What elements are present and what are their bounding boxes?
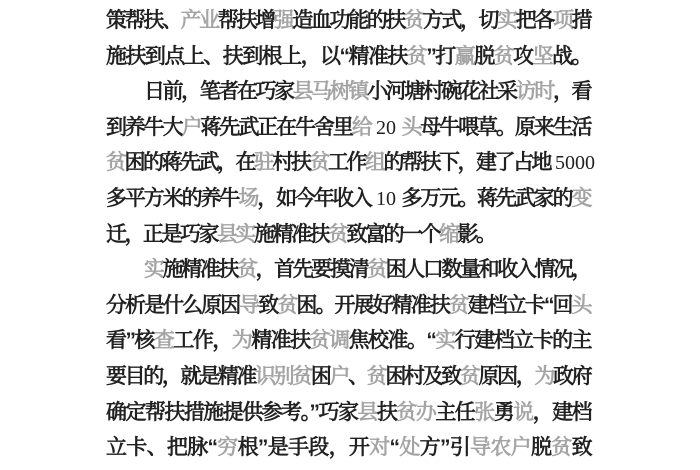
text-segment: 贫 <box>277 294 296 317</box>
text-segment: 场 <box>238 187 257 210</box>
text-segment: 工作 <box>328 151 365 174</box>
text-segment: 建档立卡“回 <box>468 294 572 317</box>
text-segment: 措 <box>572 9 591 32</box>
text-segment: 处 <box>398 436 420 459</box>
text-segment: 县马树镇 <box>293 80 367 103</box>
text-line: 迁，正是巧家县实施精准扶贫致富的一个缩影。 <box>106 217 590 253</box>
text-segment: 贫 <box>551 436 571 459</box>
text-segment: ，看 <box>553 80 590 103</box>
text-segment: 县实 <box>217 223 254 246</box>
text-line: 到养牛大户蒋先武正在牛舍里给 20 头母牛喂草。原来生活 <box>106 110 590 146</box>
text-segment: 原因， <box>478 365 534 388</box>
number-text: 20 <box>371 117 402 139</box>
text-segment: 坚 <box>533 45 552 68</box>
text-segment: 方式，切 <box>423 9 497 32</box>
text-segment: 实 <box>144 258 163 281</box>
text-segment: ，首先要摸清 <box>256 258 368 281</box>
text-segment: 小河塘村碗花社采 <box>367 80 516 103</box>
text-segment: 精准扶 <box>251 329 309 352</box>
text-segment: 组 <box>365 151 384 174</box>
text-segment: 方”引 <box>420 436 470 459</box>
text-segment: 户 <box>182 116 201 139</box>
number-text: 10 <box>371 188 402 210</box>
text-segment: 导农户 <box>470 436 531 459</box>
text-segment: 赢 <box>455 45 474 68</box>
text-segment: 变 <box>572 187 591 210</box>
text-segment: 迁，正是巧家 <box>106 223 217 246</box>
text-segment: 张 <box>474 401 493 424</box>
text-segment: 贫 <box>237 258 256 281</box>
text-segment: 贫 <box>494 45 513 68</box>
text-segment: 穷 <box>216 436 238 459</box>
text-line: 立卡、把脉“穷根”是手段，开对“处方”引导农户脱贫致 <box>106 430 590 466</box>
text-segment: 贫 <box>367 365 386 388</box>
text-segment: 的帮扶下，建了占地 <box>384 151 551 174</box>
document-page: 策帮扶、产业帮扶增强造血功能的扶贫方式，切实把各项措施扶到点上、扶到根上，以“精… <box>0 0 700 470</box>
text-segment: 致 <box>258 294 277 317</box>
text-segment: 困村及致 <box>385 365 459 388</box>
text-segment: 蒋先武正在牛舍里 <box>201 116 352 139</box>
text-segment: 脱 <box>474 45 493 68</box>
text-segment: 行建档立卡的主 <box>455 329 590 352</box>
text-segment: 立卡、把脉“ <box>106 436 216 459</box>
text-line: 分析是什么原因导致贫困。开展好精准扶贫建档立卡“回头 <box>106 288 590 324</box>
text-line: 贫困的蒋先武，在驻村扶贫工作组的帮扶下，建了占地 5000 <box>106 145 590 181</box>
text-segment: ”打 <box>426 45 454 68</box>
text-segment: 贫 <box>404 9 423 32</box>
text-segment: 贫办 <box>396 401 435 424</box>
text-segment: 贫 <box>106 151 125 174</box>
text-segment: 为 <box>232 329 251 352</box>
text-segment: 战。 <box>552 45 590 68</box>
text-segment: 贫 <box>460 365 479 388</box>
text-line: 策帮扶、产业帮扶增强造血功能的扶贫方式，切实把各项措 <box>106 3 590 39</box>
text-segment: 到养牛大 <box>106 116 182 139</box>
text-line: 确定帮扶措施提供参考。”巧家县扶贫办主任张勇说，建档 <box>106 395 590 431</box>
text-segment: 困 <box>311 365 330 388</box>
text-segment: 主任 <box>435 401 474 424</box>
text-segment: 实 <box>434 329 454 352</box>
text-segment: 头 <box>401 116 420 139</box>
text-line: 多平方米的养牛场，如今年收入 10 多万元。蒋先武家的变 <box>106 181 590 217</box>
text-line: 施扶到点上、扶到根上，以“精准扶贫”打赢脱贫攻坚战。 <box>106 39 590 75</box>
text-segment: ，建档 <box>533 401 590 424</box>
text-segment: 贫 <box>407 45 426 68</box>
text-segment: 攻 <box>513 45 532 68</box>
text-segment: 户 <box>329 365 348 388</box>
text-segment: 强 <box>274 9 293 32</box>
text-segment: 确定帮扶措施提供参考。”巧家 <box>106 401 357 424</box>
text-block: 策帮扶、产业帮扶增强造血功能的扶贫方式，切实把各项措施扶到点上、扶到根上，以“精… <box>106 3 590 466</box>
text-segment: 施精准扶 <box>163 258 237 281</box>
text-segment: 贫 <box>328 223 347 246</box>
text-segment: 给 <box>352 116 371 139</box>
text-segment: “ <box>390 436 398 459</box>
text-segment: 致富的一个 <box>347 223 440 246</box>
text-segment: 困的蒋先武，在 <box>125 151 255 174</box>
text-segment: 头 <box>572 294 591 317</box>
text-segment: 脱 <box>531 436 551 459</box>
text-segment: 困人口数量和收入情况， <box>386 258 590 281</box>
text-segment: 项 <box>553 9 572 32</box>
text-segment: 施扶到点上、扶到根上，以“精准扶 <box>106 45 407 68</box>
text-segment: 多平方米的养牛 <box>106 187 238 210</box>
text-segment: 焦校准。“ <box>349 329 435 352</box>
text-line: 看”核查工作，为精准扶贫调焦校准。“实行建档立卡的主 <box>106 323 590 359</box>
text-segment: 识别贫 <box>255 365 311 388</box>
text-segment: 说 <box>513 401 532 424</box>
text-segment: 施精准扶 <box>254 223 328 246</box>
text-segment: 困。开展好精准扶 <box>296 294 448 317</box>
text-segment: ，如今年收入 <box>257 187 370 210</box>
text-segment: 导 <box>239 294 258 317</box>
text-segment: 把各 <box>516 9 553 32</box>
text-segment: 策帮扶、 <box>106 9 180 32</box>
text-segment: 、 <box>348 365 367 388</box>
text-segment: 贫 <box>367 258 386 281</box>
text-segment: 根”是手段，开 <box>238 436 370 459</box>
number-text: 5000 <box>550 152 595 174</box>
text-segment: 政府 <box>553 365 590 388</box>
text-segment: 县 <box>357 401 376 424</box>
text-segment: 造血功能的扶 <box>292 9 404 32</box>
text-segment: 贫 <box>449 294 468 317</box>
text-segment: 实 <box>497 9 516 32</box>
text-segment: 驻 <box>254 151 273 174</box>
text-line: 日前，笔者在巧家县马树镇小河塘村碗花社采访时，看 <box>106 74 590 110</box>
text-segment: 对 <box>369 436 389 459</box>
text-segment: 村扶 <box>273 151 310 174</box>
text-segment: 分析是什么原因 <box>106 294 239 317</box>
text-segment: 产业 <box>180 9 217 32</box>
text-segment: 多万元。蒋先武家的 <box>401 187 571 210</box>
text-segment: 勇 <box>494 401 513 424</box>
text-line: 实施精准扶贫，首先要摸清贫困人口数量和收入情况， <box>106 252 590 288</box>
text-segment: 访时 <box>516 80 553 103</box>
text-line: 要目的，就是精准识别贫困户、贫困村及致贫原因，为政府 <box>106 359 590 395</box>
text-segment: 贫调 <box>310 329 349 352</box>
text-segment: 查 <box>154 329 173 352</box>
text-segment: 看”核 <box>106 329 154 352</box>
text-segment: 为 <box>534 365 553 388</box>
text-segment: 要目的，就是精准 <box>106 365 255 388</box>
text-segment: 母牛喂草。原来生活 <box>420 116 590 139</box>
text-segment: 贫 <box>310 151 329 174</box>
text-segment: 日前，笔者在巧家 <box>144 80 293 103</box>
text-segment: 缩 <box>439 223 458 246</box>
text-segment: 工作， <box>173 329 231 352</box>
text-segment: 扶 <box>377 401 396 424</box>
text-segment: 影。 <box>458 223 495 246</box>
text-segment: 致 <box>572 436 591 459</box>
text-segment: 帮扶增 <box>218 9 274 32</box>
